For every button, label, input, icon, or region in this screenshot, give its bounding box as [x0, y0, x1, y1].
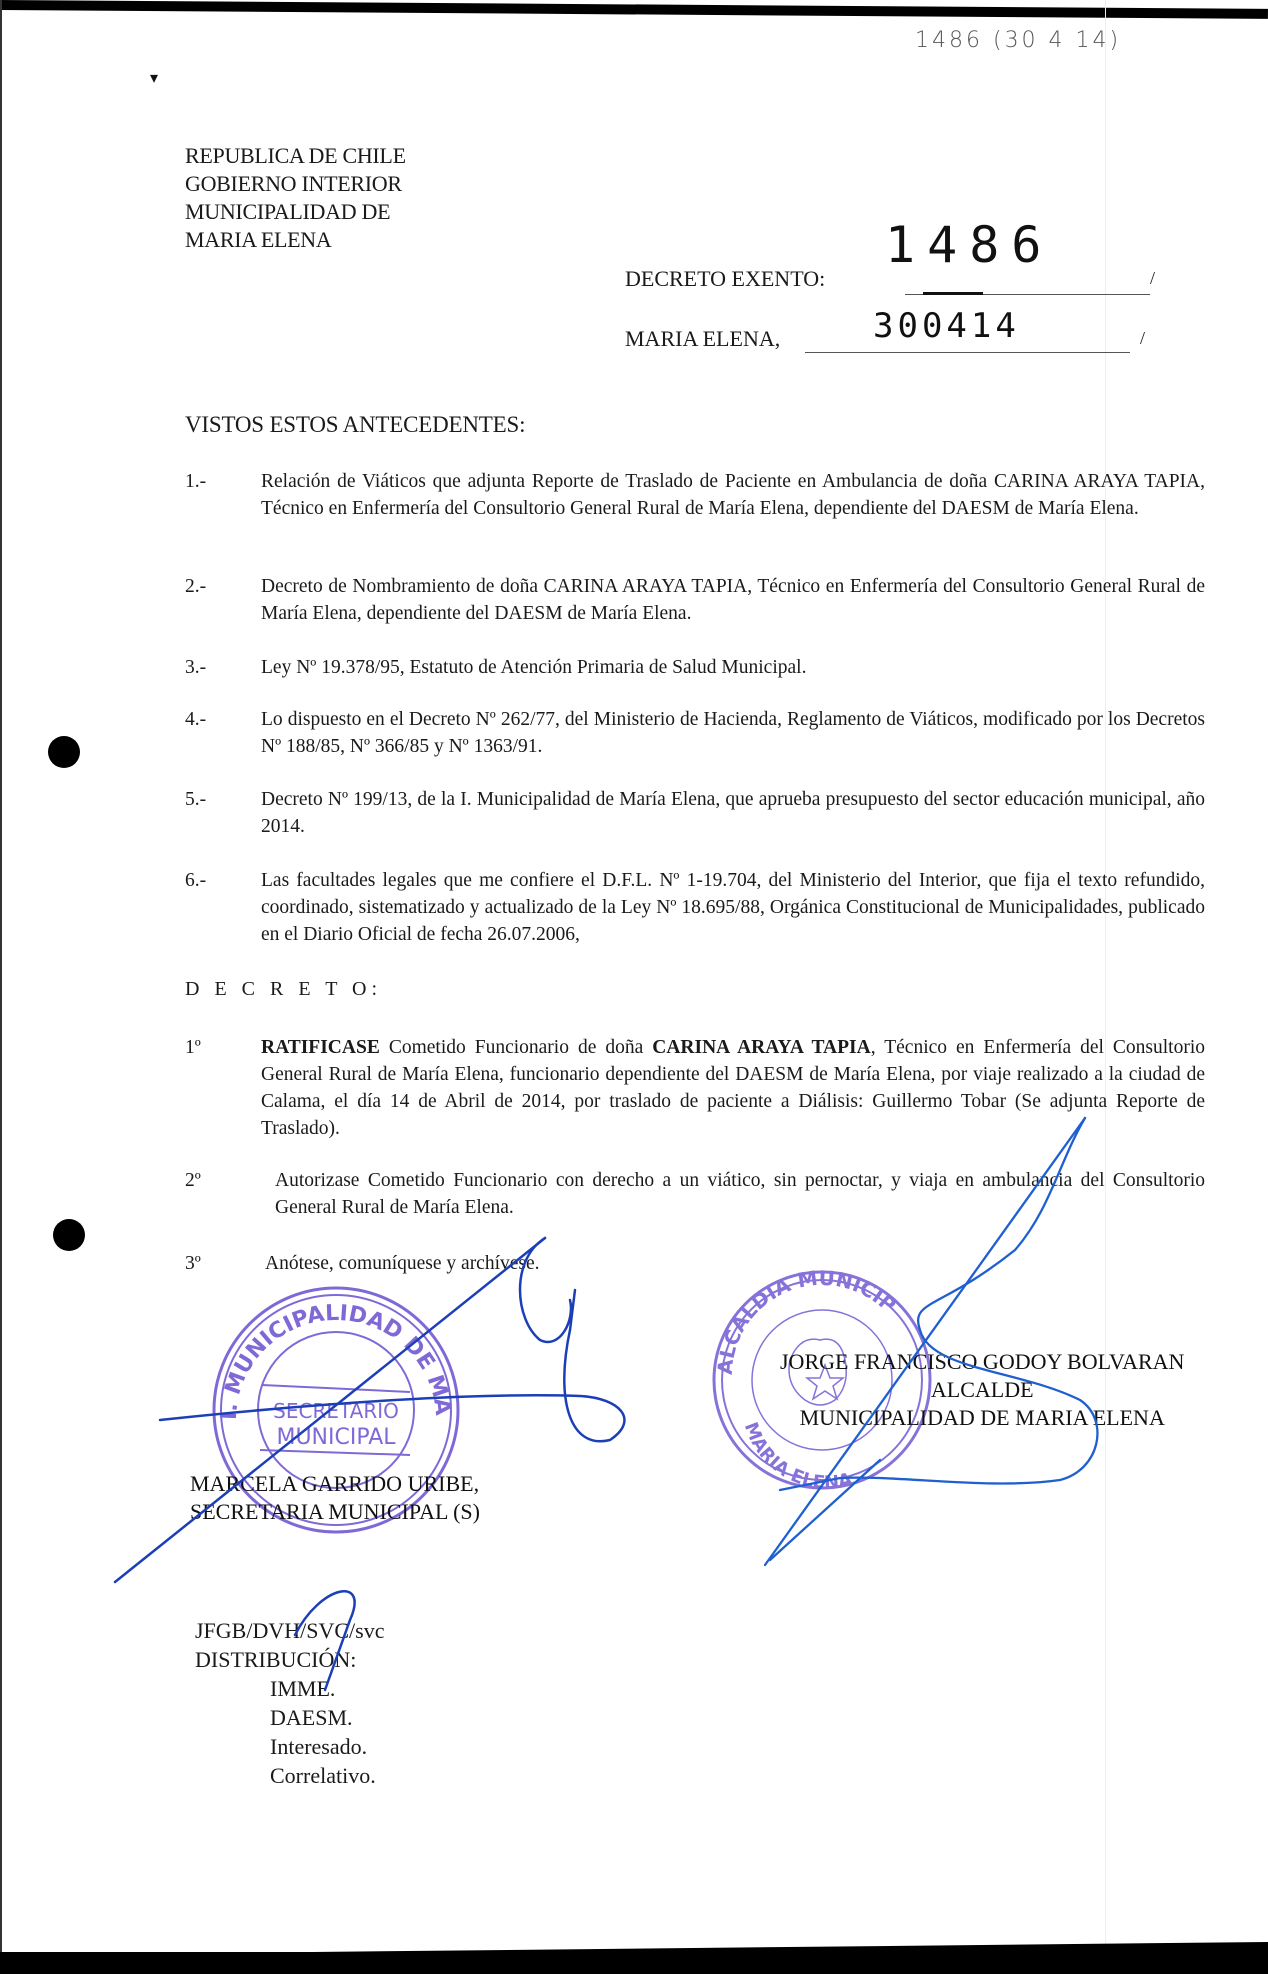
item-text: Ley Nº 19.378/95, Estatuto de Atención P…: [261, 654, 1205, 681]
secretary-signature-block: MARCELA GARRIDO URIBE, SECRETARIA MUNICI…: [190, 1470, 480, 1526]
mayor-name: JORGE FRANCISCO GODOY BOLVARAN: [780, 1348, 1184, 1376]
scan-border-bottom: [0, 1952, 1268, 1974]
distribution-label: DISTRIBUCIÓN:: [195, 1645, 384, 1674]
letterhead-line: MARIA ELENA: [185, 226, 406, 254]
mayor-title: ALCALDE: [780, 1376, 1184, 1404]
distribution-item: Interesado.: [270, 1732, 384, 1761]
scan-border-top: [0, 0, 1268, 19]
distribution-item: Correlativo.: [270, 1761, 384, 1790]
item-number: 3.-: [185, 654, 255, 681]
item-number: 5.-: [185, 786, 255, 813]
letterhead-line: REPUBLICA DE CHILE: [185, 142, 406, 170]
reference-block: JFGB/DVH/SVC/svc DISTRIBUCIÓN: IMME. DAE…: [195, 1616, 384, 1790]
item-text: Anótese, comuníquese y archívese.: [265, 1250, 1205, 1277]
scan-specks: ▾: [150, 68, 158, 88]
decree-label: DECRETO EXENTO:: [625, 266, 825, 292]
punch-hole: [48, 736, 80, 768]
letterhead-line: MUNICIPALIDAD DE: [185, 198, 406, 226]
vistos-item: 3.- Ley Nº 19.378/95, Estatuto de Atenci…: [185, 654, 1205, 681]
secretary-title: SECRETARIA MUNICIPAL (S): [190, 1498, 480, 1526]
svg-text:SECRETARIO: SECRETARIO: [273, 1399, 399, 1423]
secretary-name: MARCELA GARRIDO URIBE,: [190, 1470, 480, 1498]
decreto-item: 2º Autorizase Cometido Funcionario con d…: [185, 1167, 1205, 1221]
item-number: 3º: [185, 1250, 255, 1277]
vistos-title: VISTOS ESTOS ANTECEDENTES:: [185, 412, 525, 438]
item-text: Relación de Viáticos que adjunta Reporte…: [261, 468, 1205, 522]
item-number: 1.-: [185, 468, 255, 495]
item-number: 4.-: [185, 706, 255, 733]
date-underline: [805, 352, 1130, 353]
distribution-item: DAESM.: [270, 1703, 384, 1732]
item-text: Decreto de Nombramiento de doña CARINA A…: [261, 573, 1205, 627]
vistos-item: 6.- Las facultades legales que me confie…: [185, 867, 1205, 948]
date-stamp: 300414: [873, 306, 1020, 346]
item-text-part: Cometido Funcionario de doña: [380, 1037, 652, 1058]
letterhead-line: GOBIERNO INTERIOR: [185, 170, 406, 198]
decree-slash: /: [1150, 268, 1155, 289]
decreto-title: D E C R E T O:: [185, 978, 382, 1001]
mayor-signature-block: JORGE FRANCISCO GODOY BOLVARAN ALCALDE M…: [780, 1348, 1184, 1432]
employee-name: CARINA ARAYA TAPIA: [652, 1037, 870, 1058]
item-number: 2º: [185, 1167, 255, 1194]
decree-number: 1486: [885, 216, 1053, 274]
date-slash: /: [1140, 328, 1145, 349]
punch-hole: [53, 1219, 85, 1251]
scan-border-left: [0, 0, 2, 1974]
mayor-org: MUNICIPALIDAD DE MARIA ELENA: [780, 1404, 1184, 1432]
item-text: Lo dispuesto en el Decreto Nº 262/77, de…: [261, 706, 1205, 760]
distribution-item: IMME.: [270, 1674, 384, 1703]
decreto-item: 1º RATIFICASE Cometido Funcionario de do…: [185, 1034, 1205, 1142]
item-number: 2.-: [185, 573, 255, 600]
item-text: Las facultades legales que me confiere e…: [261, 867, 1205, 948]
place-label: MARIA ELENA,: [625, 326, 780, 352]
vistos-item: 4.- Lo dispuesto en el Decreto Nº 262/77…: [185, 706, 1205, 760]
letterhead: REPUBLICA DE CHILE GOBIERNO INTERIOR MUN…: [185, 142, 406, 254]
scan-streak: [1105, 0, 1106, 1974]
svg-text:MUNICIPAL: MUNICIPAL: [276, 1425, 396, 1450]
distribution-list: IMME. DAESM. Interesado. Correlativo.: [270, 1674, 384, 1790]
initials: JFGB/DVH/SVC/svc: [195, 1616, 384, 1645]
vistos-item: 1.- Relación de Viáticos que adjunta Rep…: [185, 468, 1205, 522]
item-text: Decreto Nº 199/13, de la I. Municipalida…: [261, 786, 1205, 840]
item-text: RATIFICASE Cometido Funcionario de doña …: [261, 1034, 1205, 1142]
decree-underline-mark: [923, 292, 983, 295]
decreto-item: 3º Anótese, comuníquese y archívese.: [185, 1250, 1205, 1277]
handwritten-note: 1486 (30 4 14): [915, 28, 1121, 53]
item-number: 6.-: [185, 867, 255, 894]
ratificase-lead: RATIFICASE: [261, 1037, 380, 1058]
vistos-item: 2.- Decreto de Nombramiento de doña CARI…: [185, 573, 1205, 627]
item-text: Autorizase Cometido Funcionario con dere…: [275, 1167, 1205, 1221]
vistos-item: 5.- Decreto Nº 199/13, de la I. Municipa…: [185, 786, 1205, 840]
item-number: 1º: [185, 1034, 255, 1061]
